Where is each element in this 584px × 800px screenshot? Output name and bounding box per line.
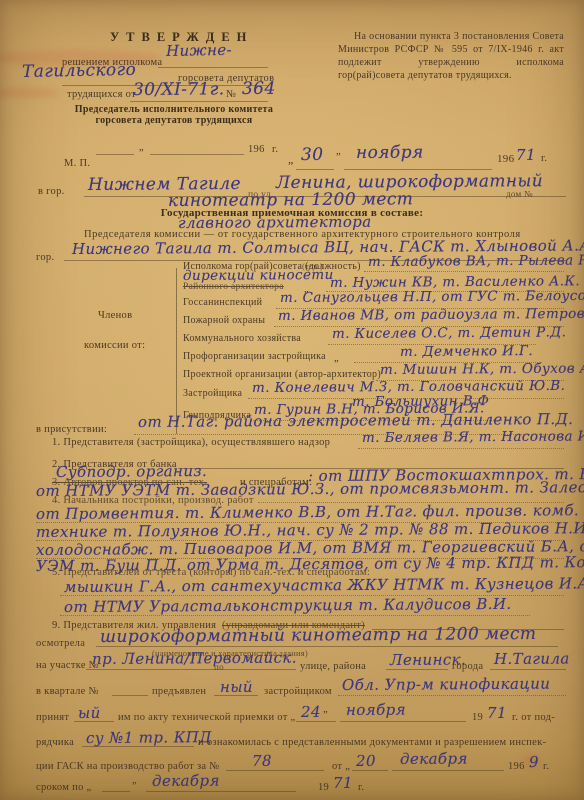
rule-line <box>386 669 448 670</box>
basis-note: На основании пункта 3 постановления Сове… <box>338 30 564 82</box>
osmotrela-hw-object: широкоформатный кинотеатр на 1200 мест <box>100 624 537 647</box>
srok-close-quote: ” <box>132 781 137 792</box>
srok-year-hw: 71 <box>333 774 353 792</box>
item-1-hw: т. Беляев В.Я, т. Насонова И.Я. <box>362 428 584 446</box>
act-date-day: 30 <box>301 145 324 165</box>
rule-line <box>60 615 530 616</box>
member-row-label: Госсанинспекций <box>183 297 262 308</box>
akt-g-otpod: г. от под- <box>512 712 555 723</box>
rule-line <box>74 721 114 722</box>
gask-label: ции ГАСК на производство работ за № <box>36 761 220 772</box>
red-ink-smear <box>0 88 60 98</box>
rule-line <box>392 770 504 771</box>
hw-block-line: мышкин Г.А., от сантехучастка ЖКУ НТМК т… <box>64 574 584 596</box>
member-row-label: Коммунального хозяйства <box>183 333 301 344</box>
member-row-label: Пожарной охраны <box>183 315 265 326</box>
approval-printed-trud: трудящихся от <box>67 89 136 100</box>
act-date-open-quote: „ <box>288 152 294 167</box>
act-date-year-printed: 196 <box>497 153 514 165</box>
akt-day-hw: 24 <box>301 703 321 721</box>
approval-hw-region: Нижне- <box>166 41 232 60</box>
hw-block-line: от НТМУ Уралстальконструкция т. Калудисо… <box>64 595 512 616</box>
gask-month-hw: декабря <box>400 750 468 768</box>
predyavlen-hw-ending: ный <box>220 678 253 696</box>
rule-line <box>358 448 564 449</box>
gask-year-printed: 196 <box>508 761 525 772</box>
member-row-hw: т. Мишин Н.К, т. Обухов А.И. <box>380 360 584 378</box>
approval-chairman-line1: Председатель исполнительного комитета <box>56 104 292 115</box>
presence-hw: от Н.Таг. района электросетей т. Данилен… <box>138 410 573 431</box>
rule-line <box>150 154 244 155</box>
uchastok-hw-street: пр. Ленина/Первомайск. <box>92 649 297 668</box>
members-label-line2: комиссии от: <box>84 340 145 351</box>
act-date-month: ноября <box>356 143 424 163</box>
approval-hw-number: 364 <box>242 79 276 99</box>
member-row-label: Застройщика <box>183 388 242 399</box>
srok-month-hw: декабря <box>152 772 220 790</box>
gask-year-hw: 9 <box>529 753 539 771</box>
akt-year-printed: 19 <box>472 712 483 723</box>
akt-year-hw: 71 <box>487 704 507 722</box>
member-row-hw: т. Демченко И.Г. <box>400 343 533 360</box>
rule-line <box>352 770 388 771</box>
gask-g: г. <box>543 761 549 772</box>
member-row-label-struck: Районного архитектора <box>183 282 284 292</box>
approval-number-sign: № <box>226 89 236 100</box>
rule-line <box>344 169 492 170</box>
rule-line <box>340 721 466 722</box>
akt-priemki-label: им по акту технической приемки от „ <box>118 712 295 723</box>
rule-line <box>96 646 558 647</box>
member-row-hw: т. Киселев О.С, т. Детин Р.Д. <box>332 324 566 342</box>
zastroyshchik-hw: Обл. Упр-м кинофикации <box>342 675 550 694</box>
rule-line <box>338 695 566 696</box>
approval-hw-date: 30/XI-71г. <box>133 79 225 100</box>
rule-line <box>112 695 148 696</box>
rule-line <box>226 770 324 771</box>
act-date-year-hw: 71 <box>516 146 536 164</box>
akt-close-quote: ” <box>323 710 328 721</box>
gorod-hw: Н.Тагила <box>494 649 570 668</box>
members-label-line1: Членов <box>98 310 132 321</box>
blank-date-quote: „ <box>139 142 144 153</box>
predyavlen-label: предъявлен <box>152 686 206 697</box>
rule-line <box>130 101 268 102</box>
label-gor: гор. <box>36 252 54 263</box>
rule-line <box>146 791 296 792</box>
srok-year-printed: 19 <box>318 782 329 793</box>
po-label: по <box>214 662 224 672</box>
label-v-gor: в гор. <box>38 186 65 197</box>
brace-line <box>176 268 177 434</box>
rule-line <box>364 271 564 272</box>
label-dom-no: дом № <box>506 189 533 199</box>
goroda-label: города <box>452 661 483 672</box>
akt-month-hw: ноября <box>346 701 406 719</box>
rule-line <box>102 791 130 792</box>
gask-day-hw: 20 <box>356 752 376 770</box>
act-date-close-quote: ” <box>336 152 341 163</box>
rule-line <box>296 169 334 170</box>
blank-date-g: г. <box>272 144 278 155</box>
ulitse-label: улице, района <box>300 661 366 672</box>
approval-chairman-line2: горсовета депутатов трудящихся <box>56 115 292 126</box>
rule-line <box>490 669 566 670</box>
member-row-hw: т. Санугольцев Н.П, от ГУС т. Белоусов В… <box>280 288 584 306</box>
osmotrela-label: осмотрела <box>36 638 85 649</box>
item-1-label: 1. Представителя (застройщика), осуществ… <box>52 437 330 448</box>
gask-number-hw: 78 <box>252 752 272 770</box>
rule-line <box>86 669 296 670</box>
podryadchik-hw: су №1 тр. КПД <box>86 728 212 747</box>
blank-date-year: 196 <box>248 144 265 155</box>
oznakomilas-label: и ознакомилась с представленными докумен… <box>198 737 546 748</box>
ryadchika-label: рядчика <box>36 737 74 748</box>
approval-hw-city: Тагильского <box>22 60 137 82</box>
rule-line <box>214 695 258 696</box>
srok-g: г. <box>358 782 364 793</box>
presence-label: в присутствии: <box>36 424 107 435</box>
member-row-hw: т. Клабуков ВА, т. Рылева Р.Я. <box>368 252 584 270</box>
member-row-label: Профорганизации застройщика <box>183 351 326 362</box>
srok-label: сроком по „ <box>36 782 92 793</box>
gask-ot-label: от „ <box>332 761 350 772</box>
act-date-g: г. <box>541 153 547 164</box>
member-row-hw: т. Иванов МВ, от радиоузла т. Петров В.К… <box>278 306 584 324</box>
zastroyshchikom-label: застройщиком <box>264 686 332 697</box>
scanned-act-document: УТВЕРЖДЕН Нижне- решением исполкома Таги… <box>0 0 584 800</box>
ditto-mark: „ <box>334 353 339 364</box>
rule-line <box>96 154 134 155</box>
prinyat-label: принят <box>36 712 69 723</box>
rule-line <box>82 746 194 747</box>
prinyat-hw-ending: ый <box>78 704 101 722</box>
rule-line <box>296 721 336 722</box>
rule-line <box>158 67 268 68</box>
seal-placeholder: М. П. <box>64 158 90 169</box>
kvartal-label: в квартале № <box>36 686 99 697</box>
